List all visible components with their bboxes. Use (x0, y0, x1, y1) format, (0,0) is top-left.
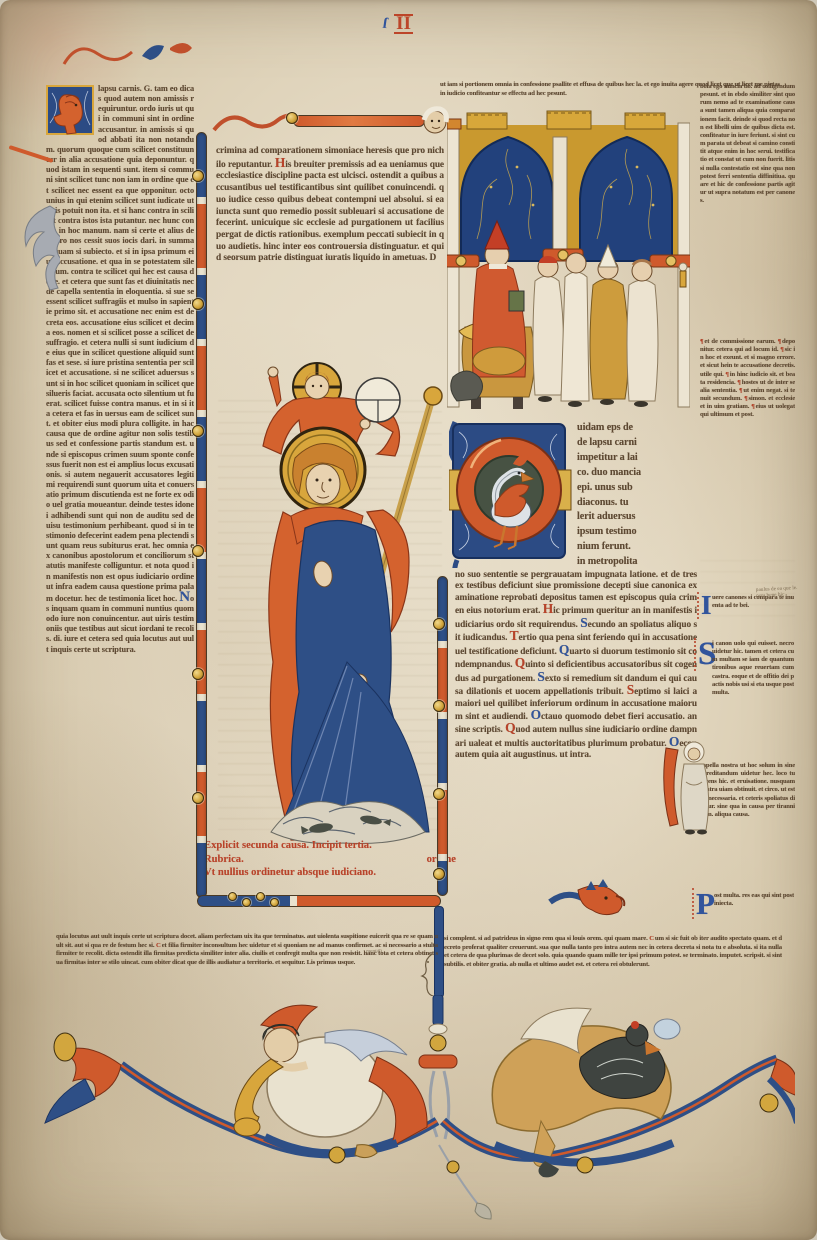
margin-initial-p: P (692, 888, 715, 919)
left-gloss-text: lapsu carnis. G. tam eo dicas quod autem… (46, 84, 194, 603)
border-bar-left (196, 132, 207, 898)
gold-ball (192, 298, 204, 310)
hanging-lamp (679, 263, 687, 287)
penwork-flourish-top-left (58, 28, 198, 74)
gold-ball (192, 170, 204, 182)
margin-initial-i: I (697, 592, 712, 619)
gold-trefoil-ball (256, 892, 265, 901)
border-bar-top (293, 115, 425, 127)
center-body: is breuiter premissis ad ea ueniamus que… (216, 160, 444, 264)
border-face-terminal (420, 103, 450, 141)
gold-ball (192, 425, 204, 437)
rubric: Explicit secunda causa. Incipit tertia. … (204, 839, 456, 880)
rubric-line1: Explicit secunda causa. Incipit tertia. (204, 839, 456, 853)
gold-ball (192, 792, 204, 804)
cursive-marginal-note: paulus de ea que le. nota bene hic (756, 585, 801, 599)
margin-gloss-lower: capella nostra ut hoc solum in sine here… (700, 762, 795, 884)
historiated-initial-head (46, 85, 94, 135)
folio-blue-mark: ſ (382, 15, 388, 32)
margin-figure-drawing (660, 738, 714, 838)
margin-gloss-entries: ¶et de commissione earum. ¶deponitur. ce… (700, 338, 795, 584)
saint-christopher-drawing (243, 362, 448, 847)
center-initial-h: H (275, 155, 285, 170)
margin-gloss-i-block: uere canones si compara te inuenta ad te… (712, 594, 794, 634)
miniature-consecration-scene (447, 109, 690, 419)
initial-passage-lines: uidam eps de de lapsu carni impetitur a … (577, 421, 695, 573)
gloss-initial-n: N (179, 589, 190, 605)
penwork-bracket-red (212, 106, 296, 134)
gold-ball (286, 112, 298, 124)
left-leaf-terminal (45, 1033, 121, 1123)
initial-q-stork (449, 418, 573, 568)
dragon-flourish (548, 878, 632, 920)
margin-gloss-top: bola ego nuncia tio. ad colligendum pesu… (700, 83, 795, 335)
lower-tail (439, 1145, 491, 1219)
cleric-figures (533, 245, 658, 407)
gold-ball (433, 618, 445, 630)
gold-ball (433, 700, 445, 712)
gold-ball (433, 788, 445, 800)
left-gloss-column: lapsu carnis. G. tam eo dicas quod autem… (46, 84, 194, 932)
animal-at-throne (451, 371, 483, 401)
folio-mark: ſ II (383, 14, 413, 34)
rubric-line3: Vt nullius ordinetur absque iudiciano. (204, 866, 456, 880)
crenellated-towers (467, 111, 665, 129)
gold-ball (433, 868, 445, 880)
profile-doodle (418, 950, 442, 996)
gold-trefoil-ball (270, 898, 279, 907)
margin-gloss-p-block: ost multa. res eas qui sint post iniecta… (714, 892, 794, 936)
gold-trefoil-ball (242, 898, 251, 907)
gold-ball (192, 668, 204, 680)
manuscript-folio: ſ II lapsu carnis. G. tam eo dicas quod … (0, 0, 817, 1240)
margin-gloss-s-block: i canon uolo qui euisset. necro uidetur … (712, 640, 794, 760)
rubric-label: Rubrica. (204, 853, 244, 867)
gold-ball (192, 545, 204, 557)
acanthus-leaf-gray (10, 200, 60, 295)
bas-de-page-ornament (25, 995, 795, 1240)
center-text-column: crimina ad comparationem simoniace heres… (216, 146, 444, 394)
gold-trefoil-ball (228, 892, 237, 901)
folio-number: II (394, 14, 413, 34)
